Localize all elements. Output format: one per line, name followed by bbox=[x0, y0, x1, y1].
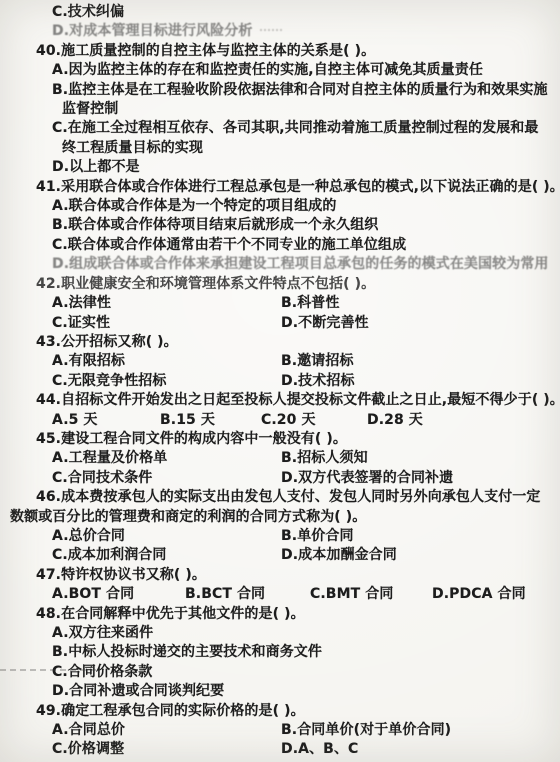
options-grid: A.BOT 合同 B.BCT 合同 C.BMT 合同 D.PDCA 合同 bbox=[0, 585, 560, 604]
question-stem: 48.在合同解释中优先于其他文件的是( )。 bbox=[10, 605, 560, 624]
question-text: 特许权协议书又称( )。 bbox=[61, 567, 206, 583]
option-line: B.监控主体是在工程验收阶段依据法律和合同对自控主体的质量行为和效果实施监督控制 bbox=[0, 81, 560, 120]
carryover-option-line: C.技术纠偏 bbox=[0, 3, 560, 22]
question-block-46: 46.成本费按承包人的实际支出由发包人支付、发包人同时另外向承包人支付一定数额或… bbox=[0, 488, 560, 566]
question-text: 成本费按承包人的实际支出由发包人支付、发包人同时另外向承包人支付一定数额或百分比… bbox=[10, 489, 541, 524]
question-stem: 40.施工质量控制的自控主体与监控主体的关系是( )。 bbox=[10, 42, 560, 61]
options-grid: A.总价合同 B.单价合同 C.成本加利润合同 D.成本加酬金合同 bbox=[0, 527, 560, 566]
option-line: B.联合体或合作体待项目结束后就形成一个永久组织 bbox=[0, 216, 560, 235]
option-line: D.以上都不是 bbox=[0, 158, 560, 177]
option-cell: B.科普性 bbox=[281, 294, 560, 313]
option-cell: C.证实性 bbox=[52, 314, 281, 333]
option-cell: B.单价合同 bbox=[281, 527, 560, 546]
question-block-47: 47.特许权协议书又称( )。 A.BOT 合同 B.BCT 合同 C.BMT … bbox=[0, 566, 560, 605]
question-stem: 46.成本费按承包人的实际支出由发包人支付、发包人同时另外向承包人支付一定数额或… bbox=[10, 488, 560, 527]
question-text: 建设工程合同文件的构成内容中一般没有( )。 bbox=[61, 431, 347, 447]
option-cell: D.成本加酬金合同 bbox=[281, 546, 560, 565]
option-cell: D.A、B、C bbox=[281, 740, 560, 759]
option-cell: A.合同总价 bbox=[52, 721, 281, 740]
question-number: 47. bbox=[36, 567, 61, 583]
option-cell: C.BMT 合同 bbox=[310, 585, 432, 604]
option-cell: B.合同单价(对于单价合同) bbox=[281, 721, 560, 740]
question-number: 45. bbox=[36, 431, 61, 447]
question-number: 43. bbox=[36, 334, 61, 350]
option-line: A.双方往来函件 bbox=[0, 624, 560, 643]
option-cell: D.不断完善性 bbox=[281, 314, 560, 333]
question-text: 施工质量控制的自控主体与监控主体的关系是( )。 bbox=[61, 43, 375, 59]
option-cell: C.20 天 bbox=[261, 411, 367, 430]
question-text: 采用联合体或合作体进行工程总承包是一种总承包的模式,以下说法正确的是( )。 bbox=[61, 179, 560, 195]
option-cell: B.BCT 合同 bbox=[185, 585, 310, 604]
option-line: D.合同补遗或合同谈判纪要 bbox=[0, 682, 560, 701]
exam-page: C.技术纠偏 D.对成本管理目标进行风险分析 40.施工质量控制的自控主体与监控… bbox=[0, 0, 560, 762]
question-block-49: 49.确定工程承包合同的实际价格的是( )。 A.合同总价 B.合同单价(对于单… bbox=[0, 702, 560, 760]
option-cell: A.BOT 合同 bbox=[52, 585, 185, 604]
question-block-45: 45.建设工程合同文件的构成内容中一般没有( )。 A.工程量及价格单 B.招标… bbox=[0, 430, 560, 488]
question-stem: 41.采用联合体或合作体进行工程总承包是一种总承包的模式,以下说法正确的是( )… bbox=[10, 178, 560, 197]
option-cell: D.28 天 bbox=[367, 411, 560, 430]
question-number: 44. bbox=[36, 392, 61, 408]
option-cell: D.双方代表签署的合同补遗 bbox=[281, 469, 560, 488]
question-text: 在合同解释中优先于其他文件的是( )。 bbox=[61, 606, 305, 622]
question-stem: 42.职业健康安全和环境管理体系文件特点不包括( )。 bbox=[10, 275, 560, 294]
option-cell: B.邀请招标 bbox=[281, 352, 560, 371]
question-text: 公开招标又称( )。 bbox=[61, 334, 178, 350]
option-cell: C.价格调整 bbox=[52, 740, 281, 759]
question-number: 49. bbox=[36, 703, 61, 719]
option-cell: A.有限招标 bbox=[52, 352, 281, 371]
option-text: D.对成本管理目标进行风险分析 bbox=[52, 23, 252, 39]
question-number: 41. bbox=[36, 179, 61, 195]
question-number: 40. bbox=[36, 43, 61, 59]
question-block-40: 40.施工质量控制的自控主体与监控主体的关系是( )。 A.因为监控主体的存在和… bbox=[0, 42, 560, 178]
option-line: C.联合体或合作体通常由若干个不同专业的施工单位组成 bbox=[0, 236, 560, 255]
option-line: C.在施工全过程相互依存、各司其职,共同推动着施工质量控制过程的发展和最终工程质… bbox=[0, 119, 560, 158]
options-grid: A.5 天 B.15 天 C.20 天 D.28 天 bbox=[0, 411, 560, 430]
options-grid: A.法律性 B.科普性 C.证实性 D.不断完善性 bbox=[0, 294, 560, 333]
question-text: 自招标文件开始发出之日起至投标人提交投标文件截止之日止,最短不得少于( )。 bbox=[61, 392, 560, 408]
scan-artifact-dashes bbox=[0, 669, 96, 671]
option-text: C.技术纠偏 bbox=[52, 4, 124, 20]
question-block-42: 42.职业健康安全和环境管理体系文件特点不包括( )。 A.法律性 B.科普性 … bbox=[0, 275, 560, 333]
option-cell: B.招标人须知 bbox=[281, 449, 560, 468]
option-cell: C.成本加利润合同 bbox=[52, 546, 281, 565]
question-stem: 47.特许权协议书又称( )。 bbox=[10, 566, 560, 585]
option-text: D.组成联合体或合作体来承担建设工程项目总承包的任务的模式在美国较为常用 bbox=[52, 256, 549, 272]
question-stem: 43.公开招标又称( )。 bbox=[10, 333, 560, 352]
scan-artifact-dashes bbox=[260, 29, 282, 31]
question-number: 42. bbox=[36, 276, 61, 292]
question-number: 46. bbox=[36, 489, 61, 505]
options-grid: A.有限招标 B.邀请招标 C.无限竞争性招标 D.技术招标 bbox=[0, 352, 560, 391]
question-block-43: 43.公开招标又称( )。 A.有限招标 B.邀请招标 C.无限竞争性招标 D.… bbox=[0, 333, 560, 391]
options-grid: A.合同总价 B.合同单价(对于单价合同) C.价格调整 D.A、B、C bbox=[0, 721, 560, 760]
question-text: 职业健康安全和环境管理体系文件特点不包括( )。 bbox=[61, 276, 375, 292]
option-line: D.组成联合体或合作体来承担建设工程项目总承包的任务的模式在美国较为常用 bbox=[0, 255, 560, 274]
option-line: A.因为监控主体的存在和监控责任的实施,自控主体可减免其质量责任 bbox=[0, 61, 560, 80]
question-stem: 49.确定工程承包合同的实际价格的是( )。 bbox=[10, 702, 560, 721]
option-line: B.中标人投标时递交的主要技术和商务文件 bbox=[0, 643, 560, 662]
option-cell: A.5 天 bbox=[52, 411, 160, 430]
option-cell: D.PDCA 合同 bbox=[432, 585, 560, 604]
options-grid: A.工程量及价格单 B.招标人须知 C.合同技术条件 D.双方代表签署的合同补遗 bbox=[0, 449, 560, 488]
question-text: 确定工程承包合同的实际价格的是( )。 bbox=[61, 703, 305, 719]
question-block-41: 41.采用联合体或合作体进行工程总承包是一种总承包的模式,以下说法正确的是( )… bbox=[0, 178, 560, 275]
carryover-option-line: D.对成本管理目标进行风险分析 bbox=[0, 22, 560, 41]
question-number: 48. bbox=[36, 606, 61, 622]
question-stem: 44.自招标文件开始发出之日起至投标人提交投标文件截止之日止,最短不得少于( )… bbox=[10, 391, 560, 410]
option-cell: C.合同技术条件 bbox=[52, 469, 281, 488]
option-cell: A.总价合同 bbox=[52, 527, 281, 546]
option-cell: B.15 天 bbox=[160, 411, 261, 430]
option-cell: A.法律性 bbox=[52, 294, 281, 313]
question-block-44: 44.自招标文件开始发出之日起至投标人提交投标文件截止之日止,最短不得少于( )… bbox=[0, 391, 560, 430]
question-block-48: 48.在合同解释中优先于其他文件的是( )。 A.双方往来函件 B.中标人投标时… bbox=[0, 605, 560, 702]
option-cell: C.无限竞争性招标 bbox=[52, 372, 281, 391]
option-line: A.联合体或合作体是为一个特定的项目组成的 bbox=[0, 197, 560, 216]
option-cell: D.技术招标 bbox=[281, 372, 560, 391]
option-line: C.合同价格条款 bbox=[0, 663, 560, 682]
option-cell: A.工程量及价格单 bbox=[52, 449, 281, 468]
question-stem: 45.建设工程合同文件的构成内容中一般没有( )。 bbox=[10, 430, 560, 449]
